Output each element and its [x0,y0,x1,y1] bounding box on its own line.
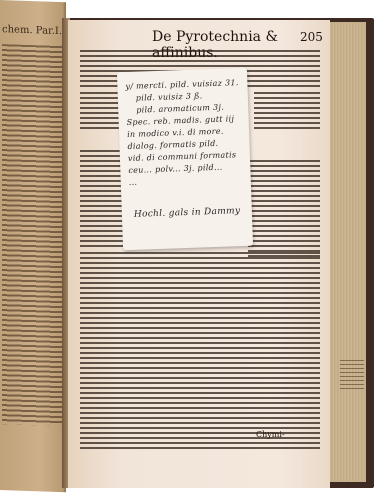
text-block-main [80,252,320,452]
handwritten-note-slip: y/ mercti. pild. vuisiaz 31. pild. vuisi… [117,68,253,250]
left-page-text-block [2,44,62,426]
photo-scene: chem. Par.I.Lib.II De Pyrotechnia & affi… [0,0,382,500]
note-line: pild. vuisiz 3 ß. [136,91,203,102]
text-block-right-col-2 [248,160,320,260]
text-block-right-col-1 [254,92,320,132]
note-line: pild. aromaticum 3j. [136,103,224,115]
page-fore-edge [328,22,366,482]
marginal-note [340,360,364,390]
note-line: vid. di communi formatis [128,150,237,163]
note-line: ceu... polv... 3j. pild... [128,163,222,175]
left-page: chem. Par.I.Lib.II [0,0,66,492]
left-running-head: chem. Par.I.Lib.II [2,24,66,38]
note-line: dialog. formatis pild. [127,139,218,151]
note-line: ... [129,178,138,187]
note-signature: Hochl. gals in Dammy [134,206,241,220]
note-line: in modico v.i. di more. [127,127,224,139]
note-line: y/ mercti. pild. vuisiaz 31. [125,78,238,91]
catchword: Chymi- [256,430,285,439]
note-line: Spec. reb. madis. gutt iij [127,114,235,127]
page-number: 205 [300,30,323,44]
